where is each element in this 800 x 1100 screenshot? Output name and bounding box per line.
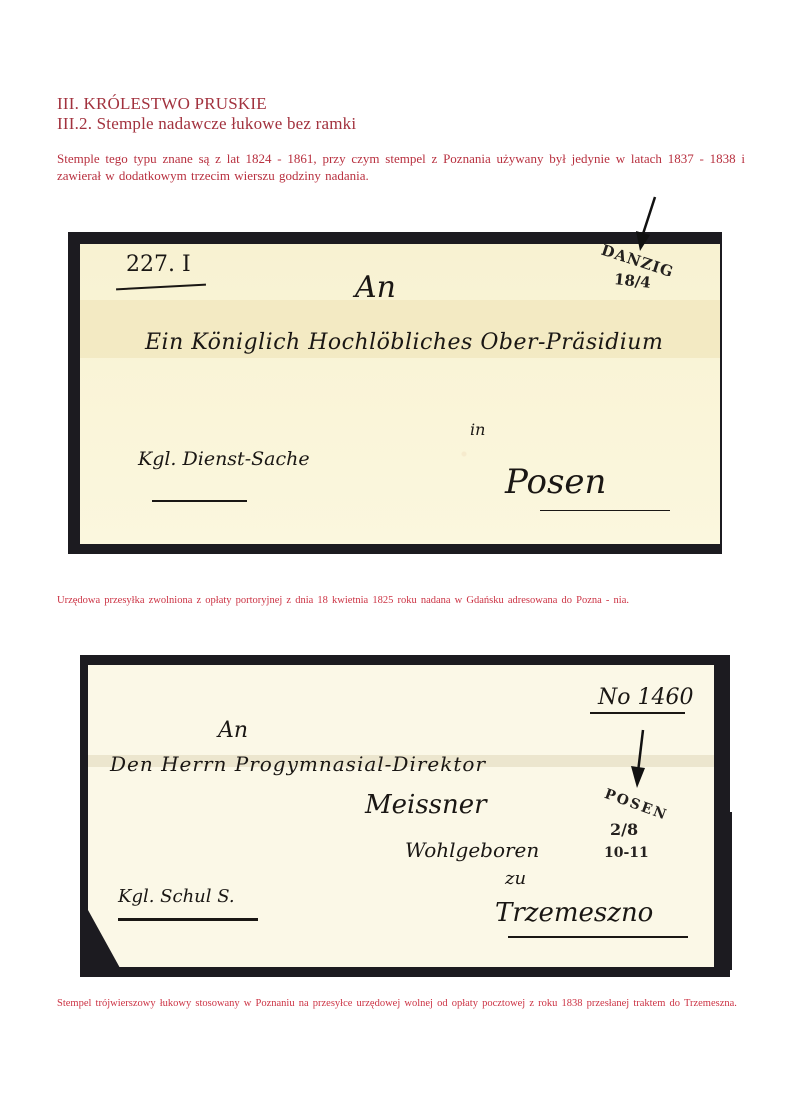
subsection-title: III.2. Stemple nadawcze łukowe bez ramki xyxy=(57,114,356,134)
preposition: in xyxy=(470,420,485,439)
caption-letter-2: Stempel trójwierszowy łukowy stosowany w… xyxy=(57,997,745,1010)
arrow-pointer-icon xyxy=(628,728,650,790)
official-note: Kgl. Dienst-Sache xyxy=(138,448,310,470)
honorific: Wohlgeboren xyxy=(405,838,539,862)
album-mount-tab xyxy=(712,812,732,970)
postmark-date: 18/4 xyxy=(613,270,651,292)
section-title: III. KRÓLESTWO PRUSKIE xyxy=(57,94,267,114)
destination: Trzemeszno xyxy=(495,898,653,928)
recipient-name: Meissner xyxy=(365,790,487,820)
destination: Posen xyxy=(505,462,606,502)
salutation: An xyxy=(218,718,248,743)
official-note: Kgl. Schul S. xyxy=(118,886,235,907)
preposition: zu xyxy=(505,868,526,889)
postmark-date: 2/8 xyxy=(610,820,638,839)
letter-number-underline xyxy=(590,712,685,714)
official-note-underline xyxy=(118,918,258,921)
postmark-time: 10-11 xyxy=(604,845,649,861)
intro-paragraph: Stemple tego typu znane są z lat 1824 - … xyxy=(57,150,745,184)
destination-underline xyxy=(508,936,688,938)
letter-reference: 227. I xyxy=(126,252,191,277)
address-line: Ein Königlich Hochlöbliches Ober-Präsidi… xyxy=(145,330,663,355)
folded-corner xyxy=(88,910,120,968)
destination-flourish xyxy=(540,510,670,511)
official-note-underline xyxy=(152,500,247,502)
letter-number: No 1460 xyxy=(598,685,693,710)
caption-letter-1: Urzędowa przesyłka zwolniona z opłaty po… xyxy=(57,594,745,607)
address-line: Den Herrn Progymnasial-Direktor xyxy=(110,752,486,776)
salutation: An xyxy=(355,270,396,305)
arrow-pointer-icon xyxy=(630,195,660,255)
